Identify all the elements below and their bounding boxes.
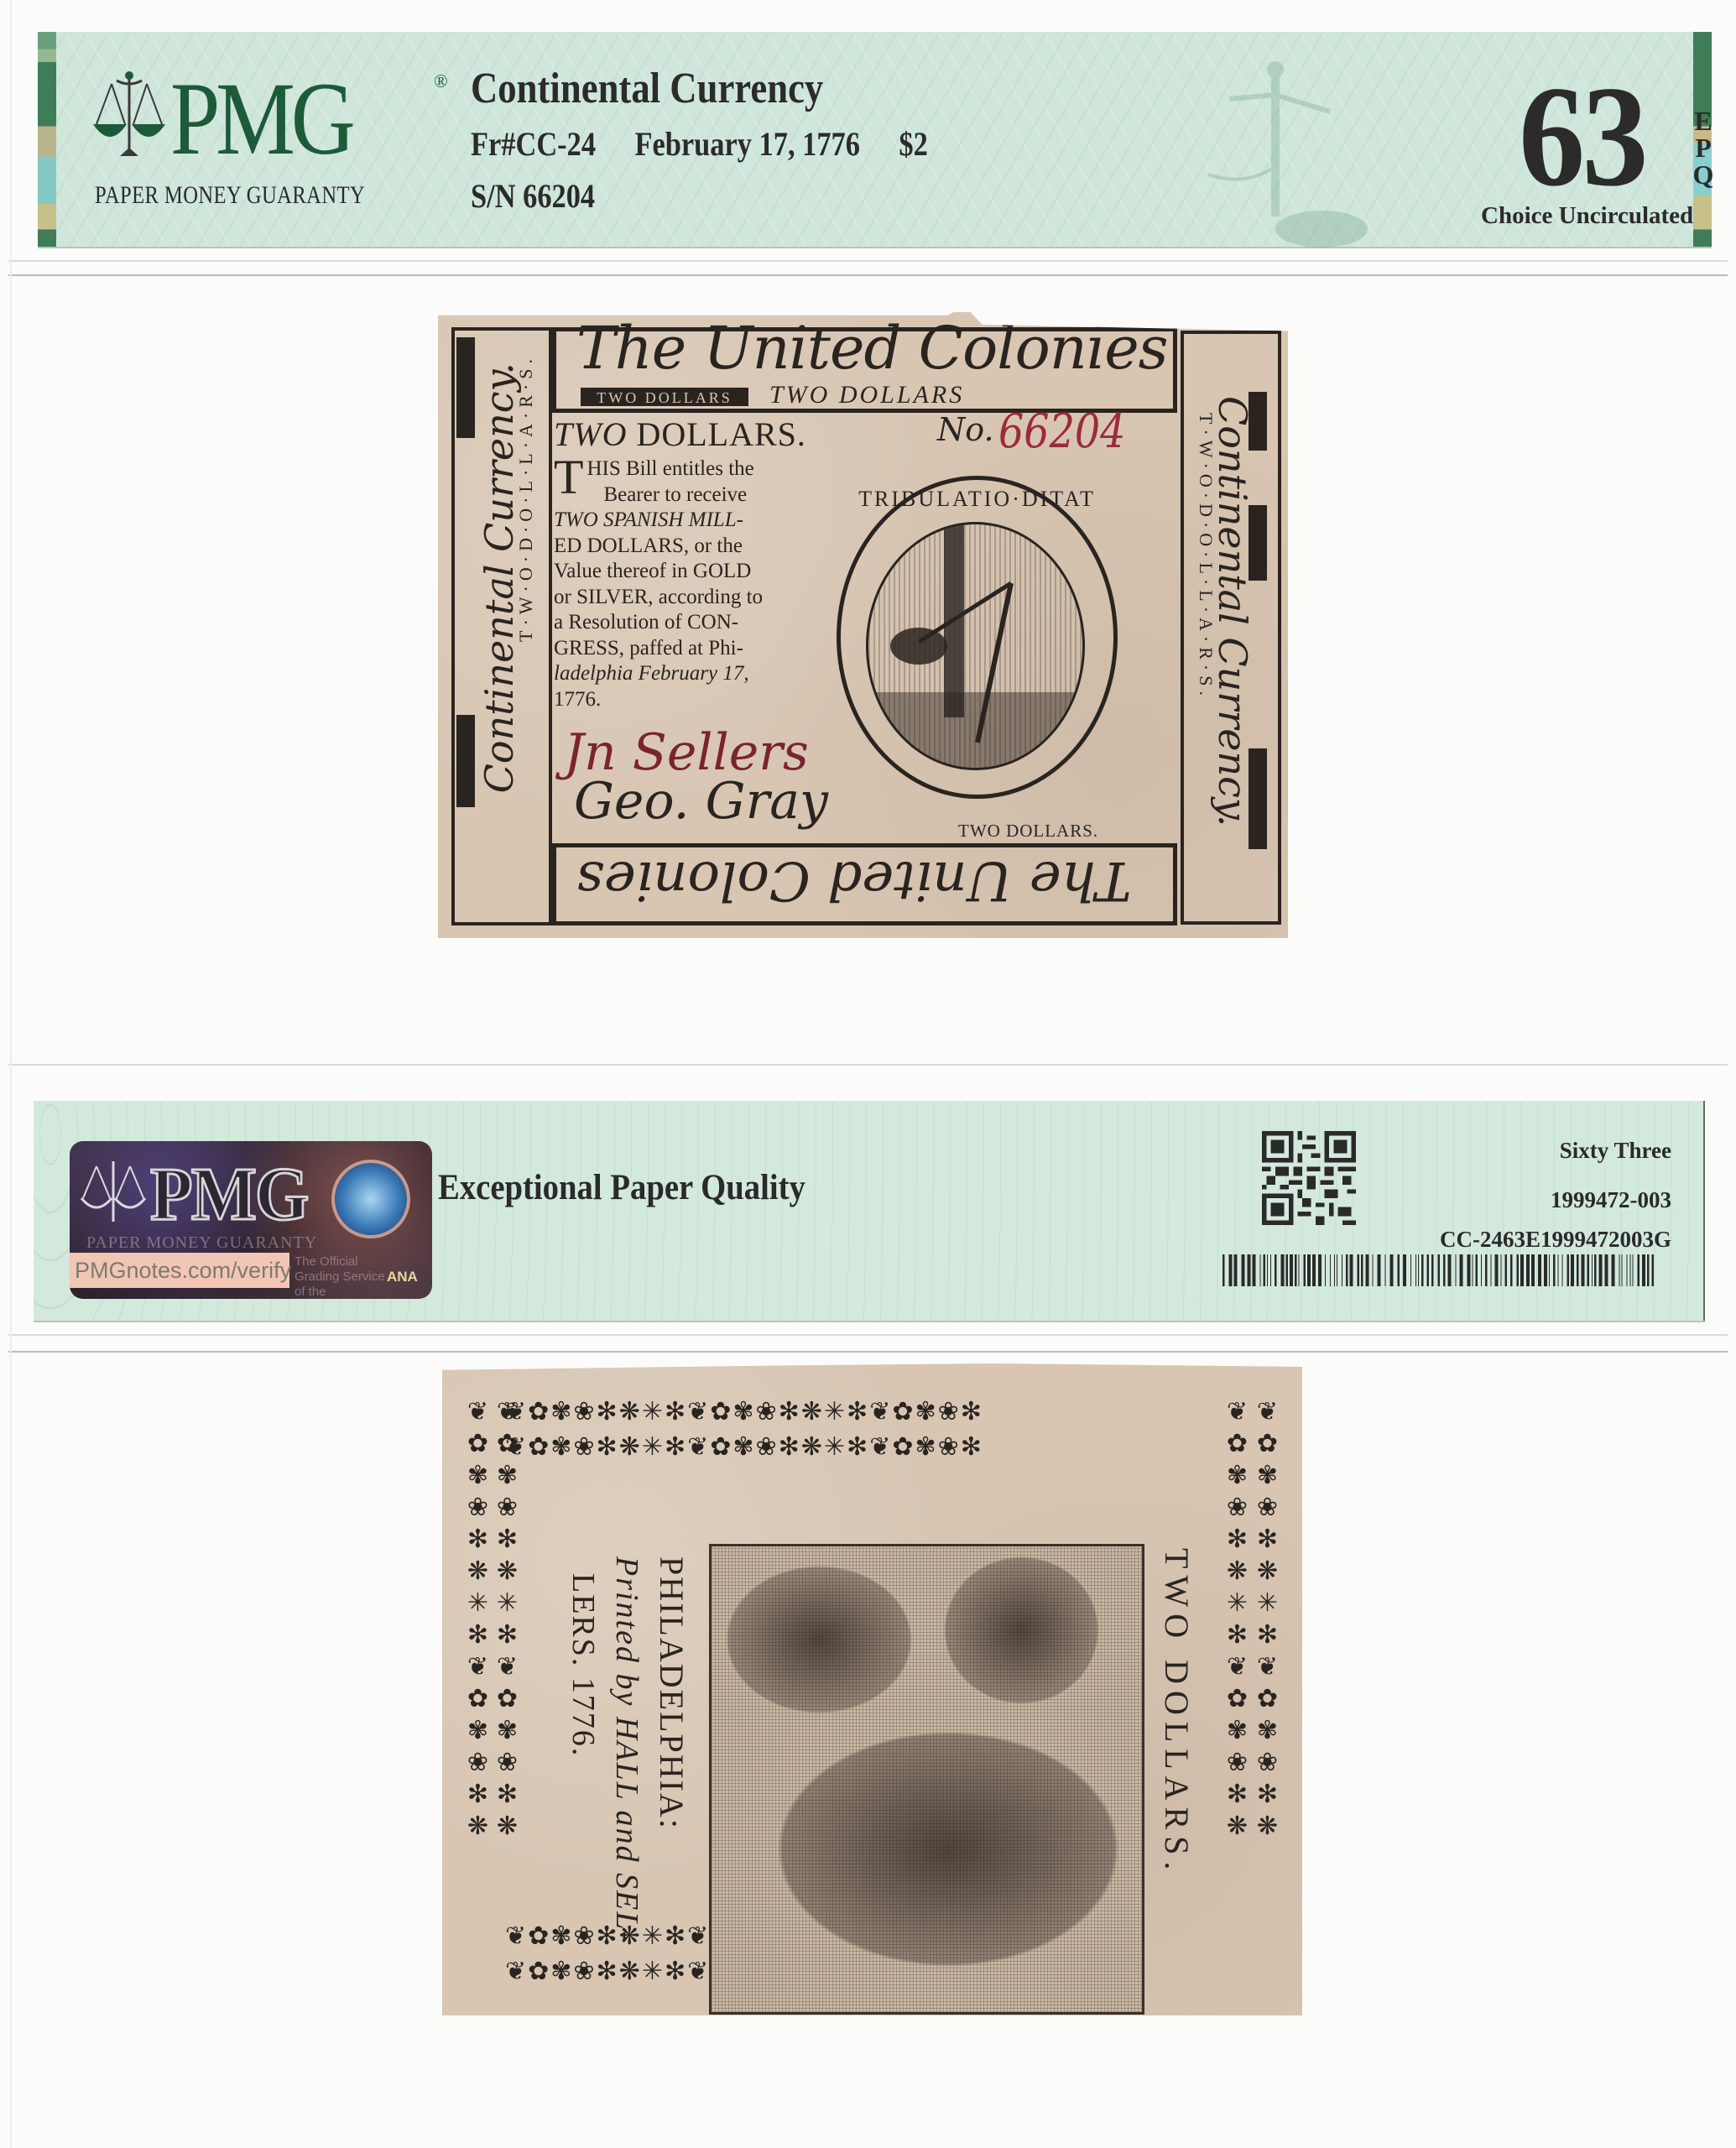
ornament-border-left: ❦✿✾❀✻❋✳✻❦✿✾❀✻❋ [463,1397,493,1993]
pmg-brand: PMG [170,76,352,163]
side-denom-right: T·W·O·D·O·L·L·A·R·S. [1195,413,1217,701]
heading-italic: TWO [554,415,627,453]
medallion-vignette: TRIBULATIO·DITAT [837,476,1118,799]
printer-line-1: Printed by HALL and SEL- [608,1556,645,1943]
scales-watermark-icon [1196,40,1397,250]
designation-text: Exceptional Paper Quality [438,1167,805,1208]
denom-bar [1249,505,1267,581]
drop-cap: T [554,456,583,498]
issue-date: February 17, 1776 [634,125,859,163]
barcode-code: CC-2463E1999472003G [1440,1227,1671,1253]
bill-text-line: GRESS, paffed at Phi- [554,636,824,662]
bill-text: T HIS Bill entitles the Bearer to receiv… [554,456,824,712]
pmg-hologram: PMG PAPER MONEY GUARANTY PMGnotes.com/ve… [70,1141,432,1299]
bill-text-line: TWO SPANISH MILL- [554,508,824,534]
bill-text-line: ED DOLLARS, or the [554,534,824,560]
bill-text-line: Value thereof in GOLD [554,559,824,585]
ornament-border-top: ❦✿✾❀✻❋✳✻❦✿✾❀✻❋✳✻❦✿✾❀✻ [505,1432,1227,1462]
serial-number: S/N 66204 [471,176,595,216]
slab-edge [8,1334,1728,1336]
hologram-brand: PMG [150,1151,308,1238]
ornament-border-right: ❦✿✾❀✻❋✳✻❦✿✾❀✻❋ [1222,1397,1252,1993]
side-denom-left: T·W·O·D·O·L·L·A·R·S. [515,354,537,642]
nature-print-leaves [709,1544,1144,2015]
banknote-back: ❦✿✾❀✻❋✳✻❦✿✾❀✻❋✳✻❦✿✾❀✻ ❦✿✾❀✻❋✳✻❦✿✾❀✻❋✳✻❦✿… [442,1363,1302,2015]
denom-bar [1249,748,1267,849]
printer-line-2: LERS. 1776. [565,1573,602,1757]
denomination-banner-italic: TWO DOLLARS [769,381,964,409]
slab-edge [8,1351,1728,1353]
bill-text-line: a Resolution of CON- [554,610,824,636]
slab-edge [8,1064,1728,1066]
grade-number: 63 [1519,74,1645,200]
heading-rest: DOLLARS. [636,415,805,453]
epq-letter: E [1691,107,1716,134]
slab-edge [10,0,12,2148]
script-title: The United Colonies [576,314,1168,383]
hologram-official-text: The Official Grading Service of the [295,1254,395,1299]
epq-designation: E P Q [1691,107,1716,188]
grading-label-back: PMG PAPER MONEY GUARANTY PMGnotes.com/ve… [34,1101,1705,1321]
bill-text-line: Bearer to receive [586,482,824,508]
qr-code-icon[interactable] [1262,1131,1356,1225]
barcode-icon[interactable] [1222,1254,1660,1286]
printer-city: PHILADELPHIA: [652,1556,691,1830]
denom-bar [1249,392,1267,451]
verify-url[interactable]: PMGnotes.com/verify [70,1253,289,1288]
epq-letter: Q [1691,161,1716,188]
brand-tagline: PAPER MONEY GUARANTY [95,181,365,210]
back-denomination: TWO DOLLARS. [1157,1548,1196,1877]
catalog-number: Fr#CC-24 [471,125,596,163]
denomination-banner: TWO DOLLARS [581,388,748,406]
scales-of-justice-icon [91,69,167,163]
bill-text-line: 1776. [554,687,824,713]
bill-text-line: or SILVER, according to [554,585,824,611]
hand-flail-icon [868,524,1082,768]
note-details: Fr#CC-24 February 17, 1776 $2 [471,124,960,164]
denomination: $2 [899,125,927,163]
denom-bar [456,337,475,438]
ana-logo: ANA [387,1269,418,1285]
grade-description: Choice Uncirculated [1481,202,1693,230]
threshing-vignette [866,522,1085,770]
ornament-border-right: ❦✿✾❀✻❋✳✻❦✿✾❀✻❋ [1253,1397,1282,1993]
registered-mark: ® [434,70,448,92]
epq-letter: P [1691,134,1716,161]
slab-edge [8,260,1728,262]
medallion-motto: TRIBULATIO·DITAT [841,487,1113,512]
ornament-border-top: ❦✿✾❀✻❋✳✻❦✿✾❀✻❋✳✻❦✿✾❀✻ [505,1397,1227,1427]
bill-text-line: HIS Bill entitles the [586,456,824,482]
grade-word: Sixty Three [1560,1138,1671,1164]
denom-bar [456,715,475,807]
inverted-script-title: The United Colonies [576,849,1132,911]
hologram-seal-icon [331,1160,410,1238]
grading-label-front: PMG ® PAPER MONEY GUARANTY Continental C… [38,32,1712,247]
handwritten-serial: 66204 [998,404,1125,459]
banknote-front: Continental Currency. T·W·O·D·O·L·L·A·R·… [438,312,1288,938]
note-title: Continental Currency [471,64,823,113]
number-prefix: No. [937,411,994,448]
bottom-denomination: TWO DOLLARS. [958,821,1098,842]
pmg-logo: PMG [91,69,381,163]
denomination-heading: TWO DOLLARS. [554,414,806,454]
hologram-tagline: PAPER MONEY GUARANTY [86,1233,317,1253]
ornament-border-left: ❦✿✾❀✻❋✳✻❦✿✾❀✻❋ [493,1397,522,1993]
security-strip [38,32,56,247]
signature-gray: Geo. Gray [574,772,828,831]
slab-edge [8,274,1728,276]
bill-text-line: ladelphia February 17, [554,661,824,687]
certification-number: 1999472-003 [1551,1187,1671,1213]
scales-of-justice-icon [78,1156,149,1227]
